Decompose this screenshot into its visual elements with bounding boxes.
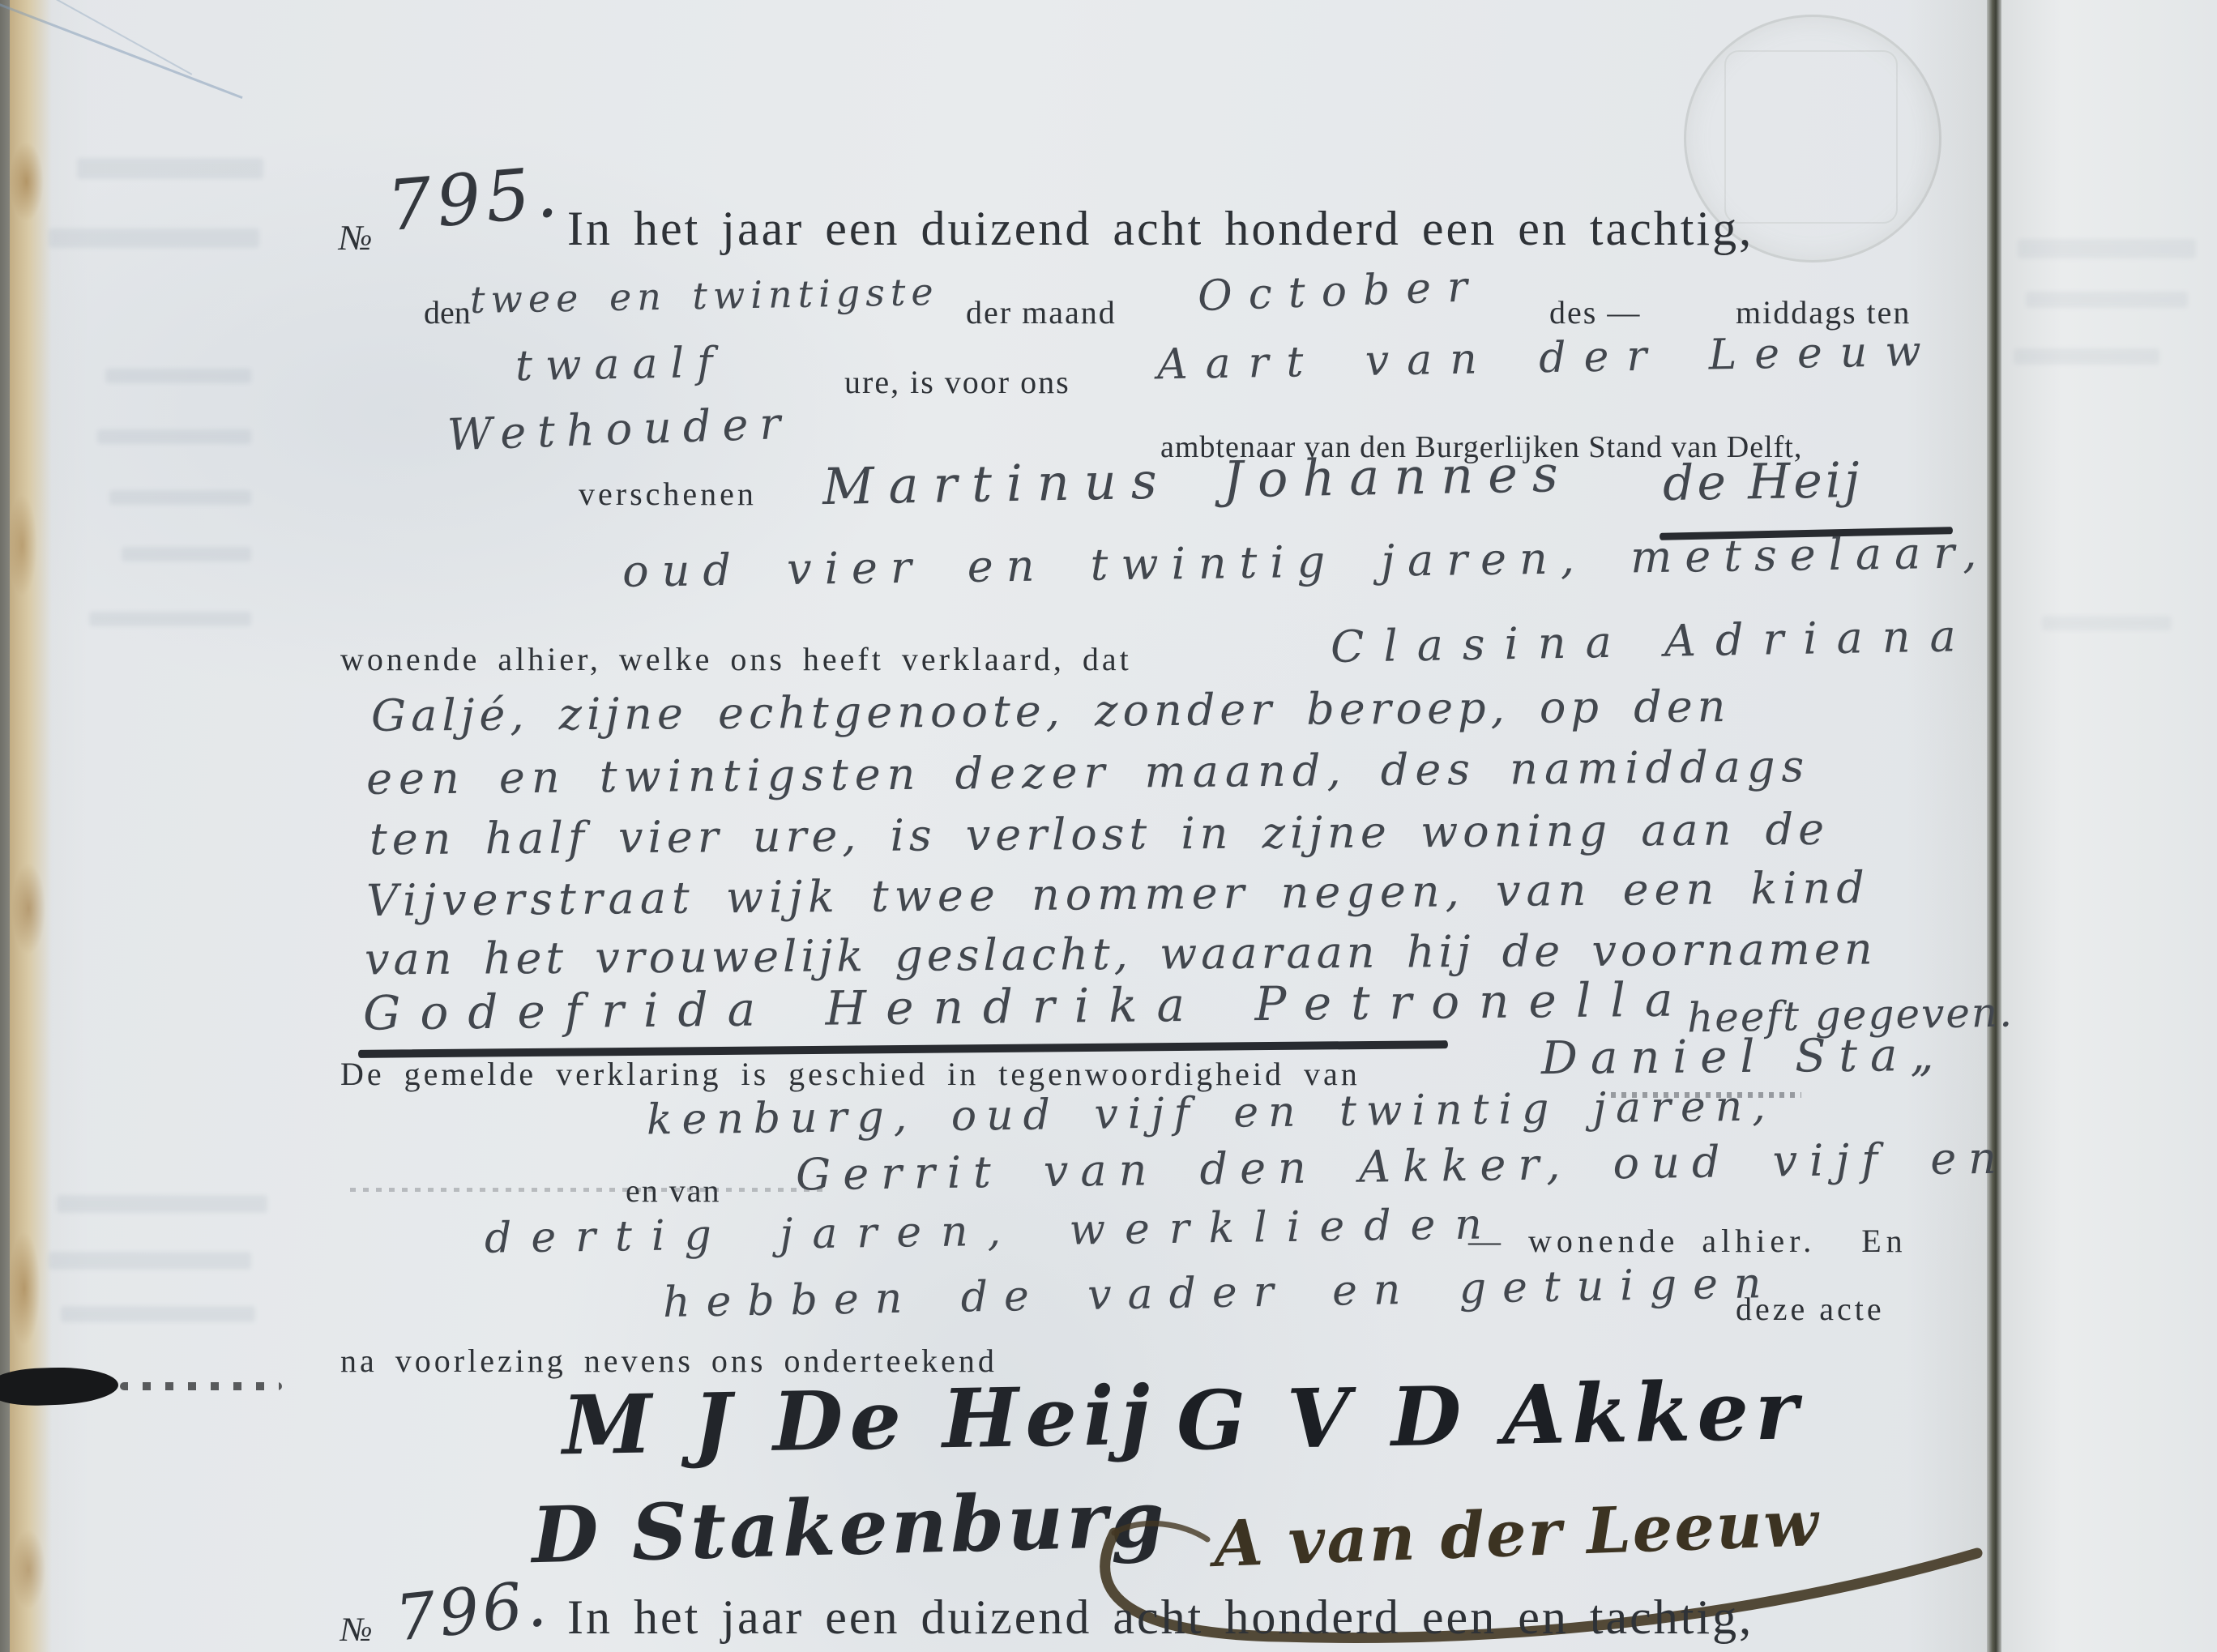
- printed-wonende-alhier: — wonende alhier. En: [1468, 1222, 1907, 1260]
- ink-blot: [0, 1365, 119, 1407]
- bleedthrough-mark: [105, 369, 251, 383]
- handwritten-declarant-forenames: Martinus Johannes: [822, 444, 1573, 516]
- printed-middags-ten: middags ten: [1736, 293, 1911, 331]
- printed-verschenen: verschenen: [579, 475, 757, 513]
- handwritten-body-line: een en twintigsten dezer maand, des nami…: [366, 741, 1811, 805]
- handwritten-official-title: Wethouder: [446, 398, 792, 461]
- bleedthrough-mark: [2026, 292, 2188, 308]
- printed-residence-declaration: wonende alhier, welke ons heeft verklaar…: [340, 640, 1132, 678]
- blue-scratch: [43, 0, 193, 75]
- act-number-symbol: №: [339, 217, 373, 258]
- bleedthrough-mark: [2018, 239, 2196, 258]
- bleedthrough-mark: [2014, 348, 2159, 365]
- handwritten-body-line: Galjé, zijne echtgenoote, zonder beroep,…: [371, 681, 1731, 741]
- bleedthrough-mark: [2042, 616, 2172, 630]
- handwritten-mother-forenames: Clasina Adriana: [1331, 610, 1976, 672]
- bleedthrough-mark: [109, 490, 251, 505]
- printed-deze-acte: deze acte: [1736, 1290, 1885, 1328]
- bleedthrough-mark: [97, 429, 251, 444]
- handwritten-witness1-start: Daniel Sta„: [1541, 1029, 1947, 1085]
- handwritten-month: October: [1197, 263, 1484, 321]
- printed-der-maand: der maand: [966, 293, 1117, 331]
- handwritten-body-line: Vijverstraat wijk twee nommer negen, van…: [366, 862, 1870, 926]
- embossed-seal-inner: [1724, 50, 1898, 224]
- bleedthrough-mark: [89, 612, 251, 626]
- bleedthrough-mark: [49, 228, 259, 248]
- act-number-value: 795.: [384, 152, 565, 247]
- bleedthrough-mark: [57, 1195, 267, 1213]
- act-opening-line: In het jaar een duizend acht honderd een…: [567, 201, 1754, 257]
- handwritten-closing: hebben de vader en getuigen: [663, 1259, 1778, 1327]
- printed-des-dash: des —: [1549, 293, 1641, 331]
- handwritten-day: twee en twintigste: [470, 270, 939, 322]
- handwritten-witness2: Gerrit van den Akker, oud vijf en: [796, 1133, 2010, 1201]
- signature-de-heij: M J De Heij: [562, 1368, 1157, 1474]
- signature-van-den-akker: G V D Akker: [1176, 1362, 1805, 1469]
- bleedthrough-mark: [77, 158, 263, 179]
- scanned-register-page: № 795. In het jaar een duizend acht hond…: [0, 0, 2217, 1652]
- next-act-opening-line: In het jaar een duizend acht honderd een…: [567, 1590, 1754, 1646]
- handwritten-age-occupation: oud vier en twintig jaren, metselaar,: [622, 527, 1990, 597]
- binding-gutter: [1987, 0, 2001, 1652]
- printed-witness-intro: De gemelde verklaring is geschied in teg…: [340, 1055, 1361, 1093]
- handwritten-hour: twaalf: [515, 339, 725, 391]
- handwritten-official-name: Aart van der Leeuw: [1157, 327, 1940, 390]
- handwritten-declarant-surname: de Heij: [1662, 452, 1863, 512]
- printed-den: den: [424, 293, 471, 331]
- bleedthrough-mark: [61, 1306, 255, 1322]
- bleedthrough-mark: [49, 1252, 251, 1270]
- handwritten-body-line: ten half vier ure, is verlost in zijne w…: [369, 804, 1830, 865]
- next-act-number-symbol: №: [340, 1611, 373, 1650]
- next-act-number-value: 796.: [392, 1567, 553, 1652]
- dotted-guide: [350, 1188, 828, 1192]
- ink-blot-trail: [120, 1382, 282, 1390]
- bleedthrough-mark: [122, 547, 251, 561]
- printed-ure-voor-ons: ure, is voor ons: [844, 363, 1070, 401]
